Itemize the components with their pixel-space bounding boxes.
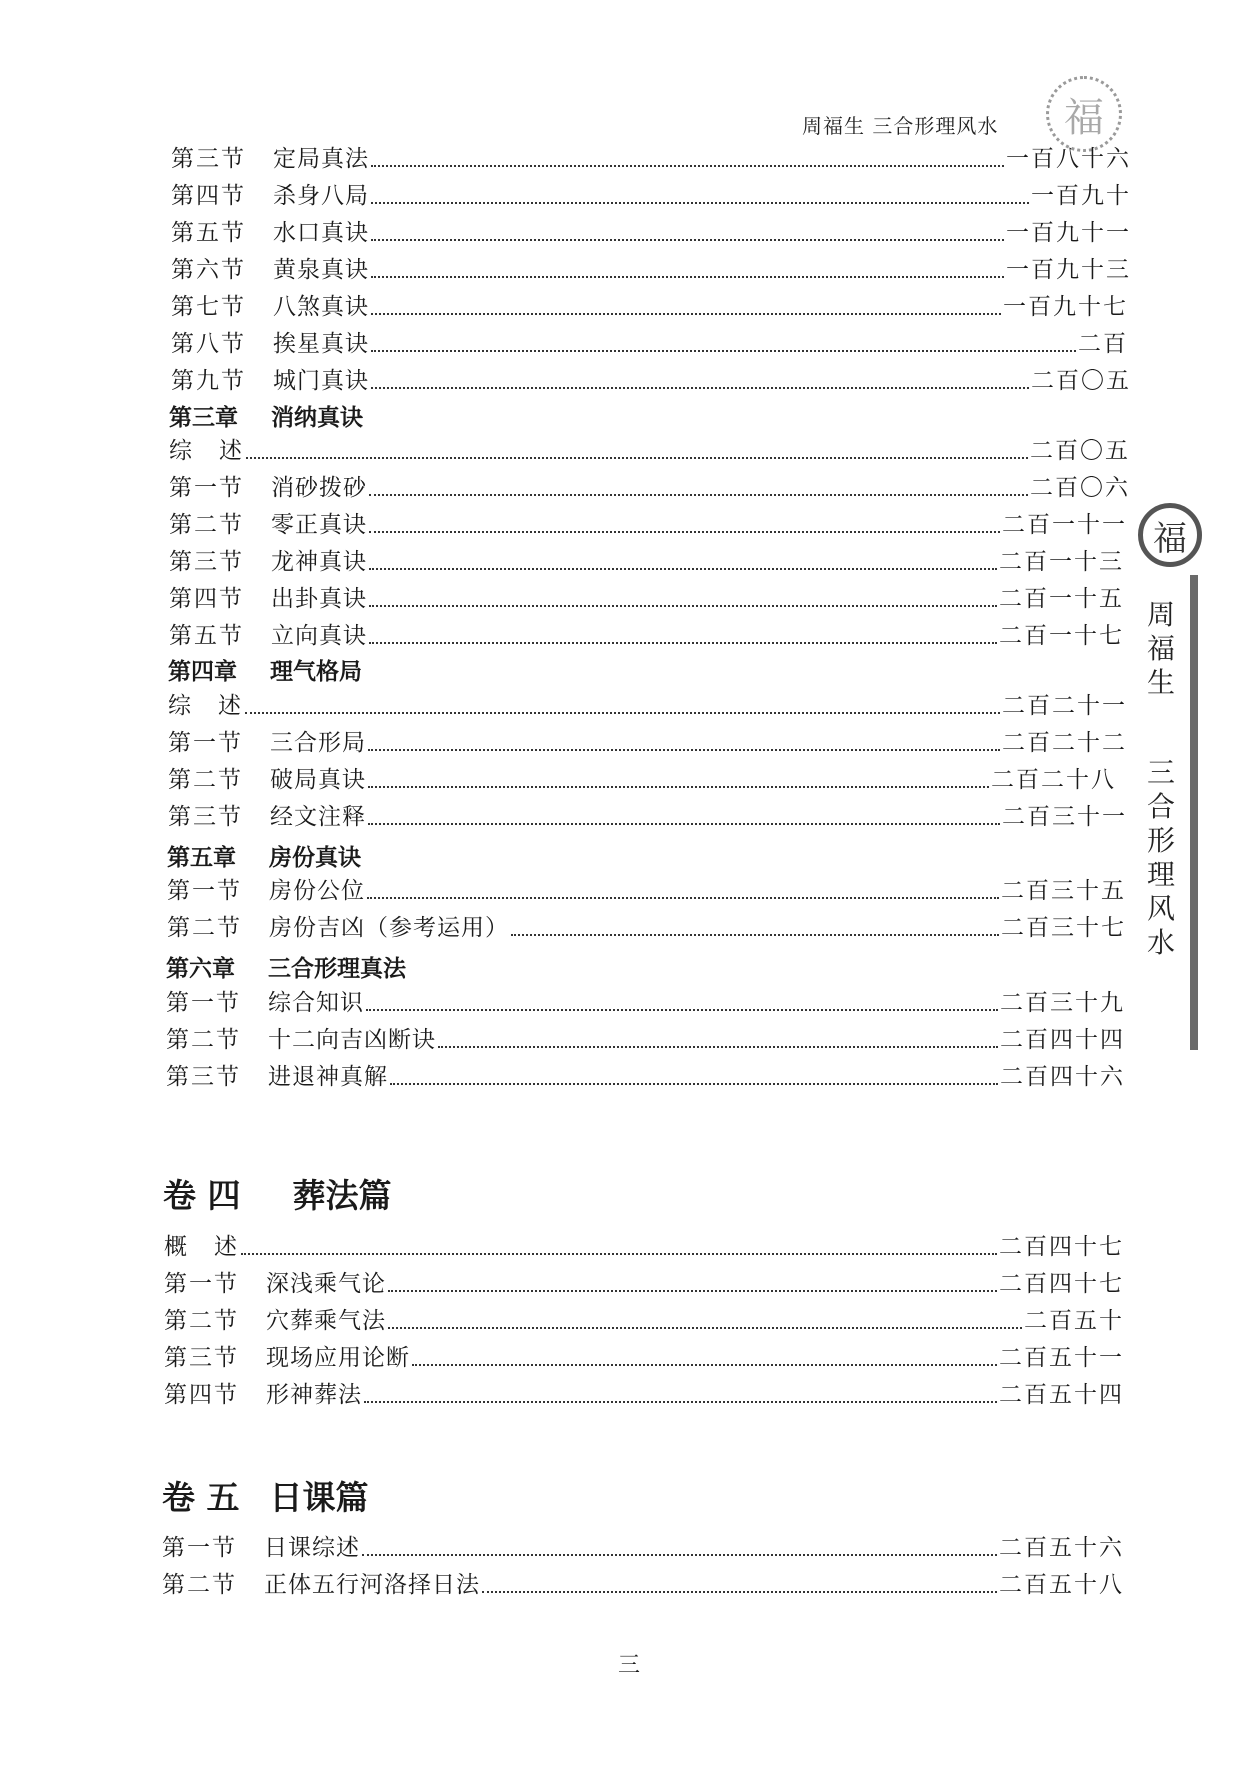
dot-leader (371, 165, 1004, 167)
page-reference: 二百二十八 (991, 761, 1116, 794)
section-number: 第五节 (169, 617, 271, 650)
toc-section-entry[interactable]: 第二节零正真诀二百一十一 (169, 506, 1127, 539)
page-reference: 二百四十六 (1000, 1058, 1125, 1091)
toc-section-entry[interactable]: 第三节进退神真解二百四十六 (166, 1058, 1125, 1091)
section-title: 正体五行河洛择日法 (264, 1566, 480, 1599)
page-reference: 二百四十七 (999, 1265, 1124, 1298)
section-title: 综合知识 (268, 984, 364, 1017)
chapter-title: 理气格局 (270, 659, 362, 685)
toc-overview-entry[interactable]: 综 述二百〇五 (169, 432, 1130, 465)
page-reference: 一百九十 (1031, 177, 1131, 210)
dot-leader (390, 1083, 998, 1085)
toc-section-entry[interactable]: 第六节黄泉真诀一百九十三 (171, 251, 1131, 284)
section-title: 日课综述 (264, 1529, 360, 1562)
dot-leader (364, 1401, 997, 1403)
toc-section-entry[interactable]: 第三节经文注释二百三十一 (168, 798, 1127, 831)
page-reference: 一百九十七 (1003, 288, 1128, 321)
toc-section-entry[interactable]: 第一节日课综述二百五十六 (162, 1529, 1124, 1562)
section-number: 第二节 (168, 761, 270, 794)
toc-section-entry[interactable]: 第八节挨星真诀二百 (171, 325, 1128, 358)
dot-leader (241, 1253, 997, 1255)
page-number: 三 (618, 1648, 640, 1679)
page-reference: 二百五十八 (999, 1566, 1124, 1599)
section-title: 经文注释 (270, 798, 366, 831)
section-number: 第二节 (169, 506, 271, 539)
section-title: 水口真诀 (273, 214, 369, 247)
section-title: 定局真法 (273, 140, 369, 173)
side-tab-bar (1190, 575, 1198, 1050)
section-number: 第三节 (166, 1058, 268, 1091)
page-reference: 二百三十一 (1002, 798, 1127, 831)
volume-title: 日课篇 (270, 1478, 369, 1517)
dot-leader (246, 457, 1028, 459)
side-tab-author: 周福生 (1143, 598, 1179, 700)
section-title: 立向真诀 (271, 617, 367, 650)
section-number: 第三节 (168, 798, 270, 831)
section-number: 综 述 (169, 432, 244, 465)
dot-leader (366, 1009, 998, 1011)
chapter-number: 第四章 (168, 653, 270, 686)
toc-section-entry[interactable]: 第三节龙神真诀二百一十三 (169, 543, 1124, 576)
section-number: 第一节 (166, 984, 268, 1017)
dot-leader (367, 897, 999, 899)
page-reference: 二百〇五 (1031, 362, 1131, 395)
toc-section-entry[interactable]: 第二节房份吉凶（参考运用）二百三十七 (167, 909, 1126, 942)
side-fu-seal-icon: 福 (1138, 503, 1202, 567)
toc-section-entry[interactable]: 第二节破局真诀二百二十八 (168, 761, 1116, 794)
section-number: 第六节 (171, 251, 273, 284)
dot-leader (371, 202, 1029, 204)
section-title: 龙神真诀 (271, 543, 367, 576)
toc-overview-entry[interactable]: 概 述二百四十七 (164, 1228, 1124, 1261)
toc-section-entry[interactable]: 第一节房份公位二百三十五 (167, 872, 1126, 905)
page-reference: 二百五十一 (999, 1339, 1124, 1372)
dot-leader (245, 712, 1000, 714)
toc-section-entry[interactable]: 第五节水口真诀一百九十一 (171, 214, 1131, 247)
dot-leader (371, 276, 1004, 278)
page-reference: 二百五十四 (999, 1376, 1124, 1409)
toc-chapter-heading[interactable]: 第四章理气格局 (168, 653, 362, 686)
section-number: 第九节 (171, 362, 273, 395)
section-number: 第八节 (171, 325, 273, 358)
chapter-number: 第三章 (169, 399, 271, 432)
page-reference: 二百五十 (1024, 1302, 1124, 1335)
toc-section-entry[interactable]: 第三节定局真法一百八十六 (171, 140, 1131, 173)
dot-leader (371, 350, 1076, 352)
section-number: 第二节 (166, 1021, 268, 1054)
section-number: 第二节 (167, 909, 269, 942)
section-title: 进退神真解 (268, 1058, 388, 1091)
section-number: 第四节 (171, 177, 273, 210)
section-number: 第一节 (162, 1529, 264, 1562)
toc-volume-heading[interactable]: 卷 五日课篇 (162, 1472, 369, 1519)
page-reference: 一百九十一 (1006, 214, 1131, 247)
section-number: 第五节 (171, 214, 273, 247)
toc-section-entry[interactable]: 第二节穴葬乘气法二百五十 (164, 1302, 1124, 1335)
section-number: 概 述 (164, 1228, 239, 1261)
dot-leader (388, 1290, 997, 1292)
page-reference: 一百九十三 (1006, 251, 1131, 284)
page-reference: 二百三十九 (1000, 984, 1125, 1017)
toc-section-entry[interactable]: 第四节出卦真诀二百一十五 (169, 580, 1124, 613)
section-number: 第三节 (169, 543, 271, 576)
section-title: 消砂拨砂 (271, 469, 367, 502)
section-number: 第三节 (171, 140, 273, 173)
page-reference: 二百二十一 (1002, 687, 1127, 720)
toc-chapter-heading[interactable]: 第五章房份真诀 (167, 839, 361, 872)
dot-leader (369, 605, 997, 607)
section-title: 八煞真诀 (273, 288, 369, 321)
toc-volume-heading[interactable]: 卷 四葬法篇 (163, 1170, 392, 1217)
section-title: 深浅乘气论 (266, 1265, 386, 1298)
page-reference: 二百 (1078, 325, 1128, 358)
section-title: 房份公位 (269, 872, 365, 905)
dot-leader (368, 786, 989, 788)
section-number: 第二节 (162, 1566, 264, 1599)
page-reference: 二百三十五 (1001, 872, 1126, 905)
toc-section-entry[interactable]: 第一节消砂拨砂二百〇六 (169, 469, 1130, 502)
dot-leader (369, 642, 997, 644)
page-reference: 二百四十四 (1000, 1021, 1125, 1054)
page-reference: 二百〇六 (1030, 469, 1130, 502)
chapter-number: 第五章 (167, 839, 269, 872)
section-number: 第四节 (164, 1376, 266, 1409)
section-number: 综 述 (168, 687, 243, 720)
page-reference: 二百一十三 (999, 543, 1124, 576)
section-title: 形神葬法 (266, 1376, 362, 1409)
dot-leader (438, 1046, 998, 1048)
section-title: 杀身八局 (273, 177, 369, 210)
toc-section-entry[interactable]: 第三节现场应用论断二百五十一 (164, 1339, 1124, 1372)
page-reference: 二百一十七 (999, 617, 1124, 650)
section-number: 第一节 (169, 469, 271, 502)
page-reference: 一百八十六 (1006, 140, 1131, 173)
page-reference: 二百五十六 (999, 1529, 1124, 1562)
dot-leader (388, 1327, 1022, 1329)
section-number: 第七节 (171, 288, 273, 321)
section-number: 第一节 (168, 724, 270, 757)
volume-number: 卷 四 (163, 1176, 241, 1215)
toc-chapter-heading[interactable]: 第三章消纳真诀 (169, 399, 363, 432)
dot-leader (369, 531, 1000, 533)
dot-leader (511, 934, 999, 936)
section-title: 穴葬乘气法 (266, 1302, 386, 1335)
dot-leader (368, 823, 1000, 825)
page-reference: 二百四十七 (999, 1228, 1124, 1261)
toc-section-entry[interactable]: 第四节杀身八局一百九十 (171, 177, 1131, 210)
toc-section-entry[interactable]: 第一节综合知识二百三十九 (166, 984, 1125, 1017)
section-title: 零正真诀 (271, 506, 367, 539)
toc-section-entry[interactable]: 第一节深浅乘气论二百四十七 (164, 1265, 1124, 1298)
dot-leader (482, 1591, 997, 1593)
page-reference: 二百一十一 (1002, 506, 1127, 539)
section-number: 第一节 (167, 872, 269, 905)
toc-section-entry[interactable]: 第二节十二向吉凶断诀二百四十四 (166, 1021, 1125, 1054)
section-title: 三合形局 (270, 724, 366, 757)
page-reference: 二百三十七 (1001, 909, 1126, 942)
volume-title: 葬法篇 (293, 1176, 392, 1215)
dot-leader (362, 1554, 997, 1556)
toc-chapter-heading[interactable]: 第六章三合形理真法 (166, 950, 406, 983)
chapter-title: 消纳真诀 (271, 405, 363, 431)
dot-leader (369, 494, 1028, 496)
toc-overview-entry[interactable]: 综 述二百二十一 (168, 687, 1127, 720)
page-reference: 二百一十五 (999, 580, 1124, 613)
volume-number: 卷 五 (162, 1478, 240, 1517)
section-number: 第一节 (164, 1265, 266, 1298)
section-title: 破局真诀 (270, 761, 366, 794)
section-number: 第二节 (164, 1302, 266, 1335)
chapter-number: 第六章 (166, 950, 268, 983)
dot-leader (371, 239, 1004, 241)
toc-section-entry[interactable]: 第九节城门真诀二百〇五 (171, 362, 1131, 395)
section-title: 黄泉真诀 (273, 251, 369, 284)
page-reference: 二百二十二 (1002, 724, 1127, 757)
toc-section-entry[interactable]: 第七节八煞真诀一百九十七 (171, 288, 1128, 321)
chapter-title: 三合形理真法 (268, 956, 406, 982)
dot-leader (371, 387, 1029, 389)
section-title: 挨星真诀 (273, 325, 369, 358)
toc-section-entry[interactable]: 第二节正体五行河洛择日法二百五十八 (162, 1566, 1124, 1599)
running-header-title: 周福生 三合形理风水 (802, 110, 998, 139)
section-title: 出卦真诀 (271, 580, 367, 613)
section-number: 第四节 (169, 580, 271, 613)
dot-leader (368, 749, 1000, 751)
section-number: 第三节 (164, 1339, 266, 1372)
chapter-title: 房份真诀 (269, 845, 361, 871)
side-tab-book-title: 三合形理风水 (1143, 756, 1179, 960)
toc-section-entry[interactable]: 第四节形神葬法二百五十四 (164, 1376, 1124, 1409)
toc-section-entry[interactable]: 第五节立向真诀二百一十七 (169, 617, 1124, 650)
dot-leader (412, 1364, 997, 1366)
section-title: 城门真诀 (273, 362, 369, 395)
dot-leader (369, 568, 997, 570)
toc-section-entry[interactable]: 第一节三合形局二百二十二 (168, 724, 1127, 757)
dot-leader (371, 313, 1001, 315)
page-reference: 二百〇五 (1030, 432, 1130, 465)
section-title: 十二向吉凶断诀 (268, 1021, 436, 1054)
section-title: 现场应用论断 (266, 1339, 410, 1372)
section-title: 房份吉凶（参考运用） (269, 909, 509, 942)
